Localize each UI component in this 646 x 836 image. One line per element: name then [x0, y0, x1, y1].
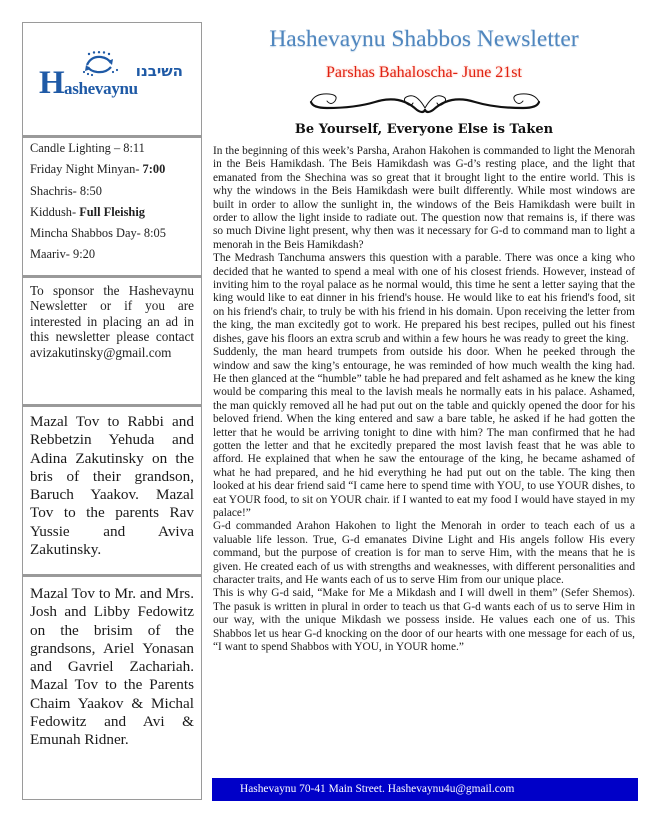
time-mincha: Mincha Shabbos Day- 8:05	[30, 227, 201, 239]
sidebar: H ashevaynu השיבנו Candle Lighting – 8:1…	[22, 22, 202, 800]
footer-contact-bar: Hashevaynu 70-41 Main Street. Hashevaynu…	[212, 778, 638, 801]
logo-hebrew: השיבנו	[136, 64, 183, 79]
time-kiddush: Kiddush- Full Fleishig	[30, 206, 201, 218]
mazal-tov-text: Mazal Tov to Mr. and Mrs. Josh and Libby…	[30, 585, 194, 750]
logo-initial: H	[39, 67, 65, 100]
flourish-divider-icon	[305, 88, 545, 118]
parsha-subtitle: Parshas Bahaloscha- June 21st	[210, 64, 638, 82]
article-paragraph: The Medrash Tanchuma answers this questi…	[213, 252, 635, 346]
newsletter-title: Hashevaynu Shabbos Newsletter	[210, 26, 638, 53]
time-maariv: Maariv- 9:20	[30, 248, 201, 260]
article-paragraph: Suddenly, the man heard trumpets from ou…	[213, 346, 635, 520]
logo-box: H ashevaynu השיבנו	[22, 22, 202, 136]
article-body: In the beginning of this week’s Parsha, …	[213, 145, 635, 654]
sponsor-box: To sponsor the Hashevaynu Newsletter or …	[22, 276, 202, 405]
article-headline: Be Yourself, Everyone Else is Taken	[210, 122, 638, 137]
logo-wordmark: ashevaynu	[64, 80, 138, 97]
mazal-tov-box-2: Mazal Tov to Mr. and Mrs. Josh and Libby…	[22, 575, 202, 800]
sponsor-text: To sponsor the Hashevaynu Newsletter or …	[30, 283, 194, 360]
time-shachris: Shachris- 8:50	[30, 185, 201, 197]
time-friday-night-minyan: Friday Night Minyan- 7:00	[30, 163, 201, 175]
article-paragraph: In the beginning of this week’s Parsha, …	[213, 145, 635, 252]
article-paragraph: G-d commanded Arahon Hakohen to light th…	[213, 520, 635, 587]
mazal-tov-text: Mazal Tov to Rabbi and Rebbetzin Yehuda …	[30, 413, 194, 559]
davening-times: Candle Lighting – 8:11 Friday Night Miny…	[22, 136, 202, 276]
time-candle-lighting: Candle Lighting – 8:11	[30, 142, 201, 154]
mazal-tov-box-1: Mazal Tov to Rabbi and Rebbetzin Yehuda …	[22, 405, 202, 575]
article-paragraph: This is why G-d said, “Make for Me a Mik…	[213, 587, 635, 654]
hashevaynu-logo: H ashevaynu השיבנו	[39, 59, 185, 99]
return-arrows-icon	[75, 51, 123, 77]
